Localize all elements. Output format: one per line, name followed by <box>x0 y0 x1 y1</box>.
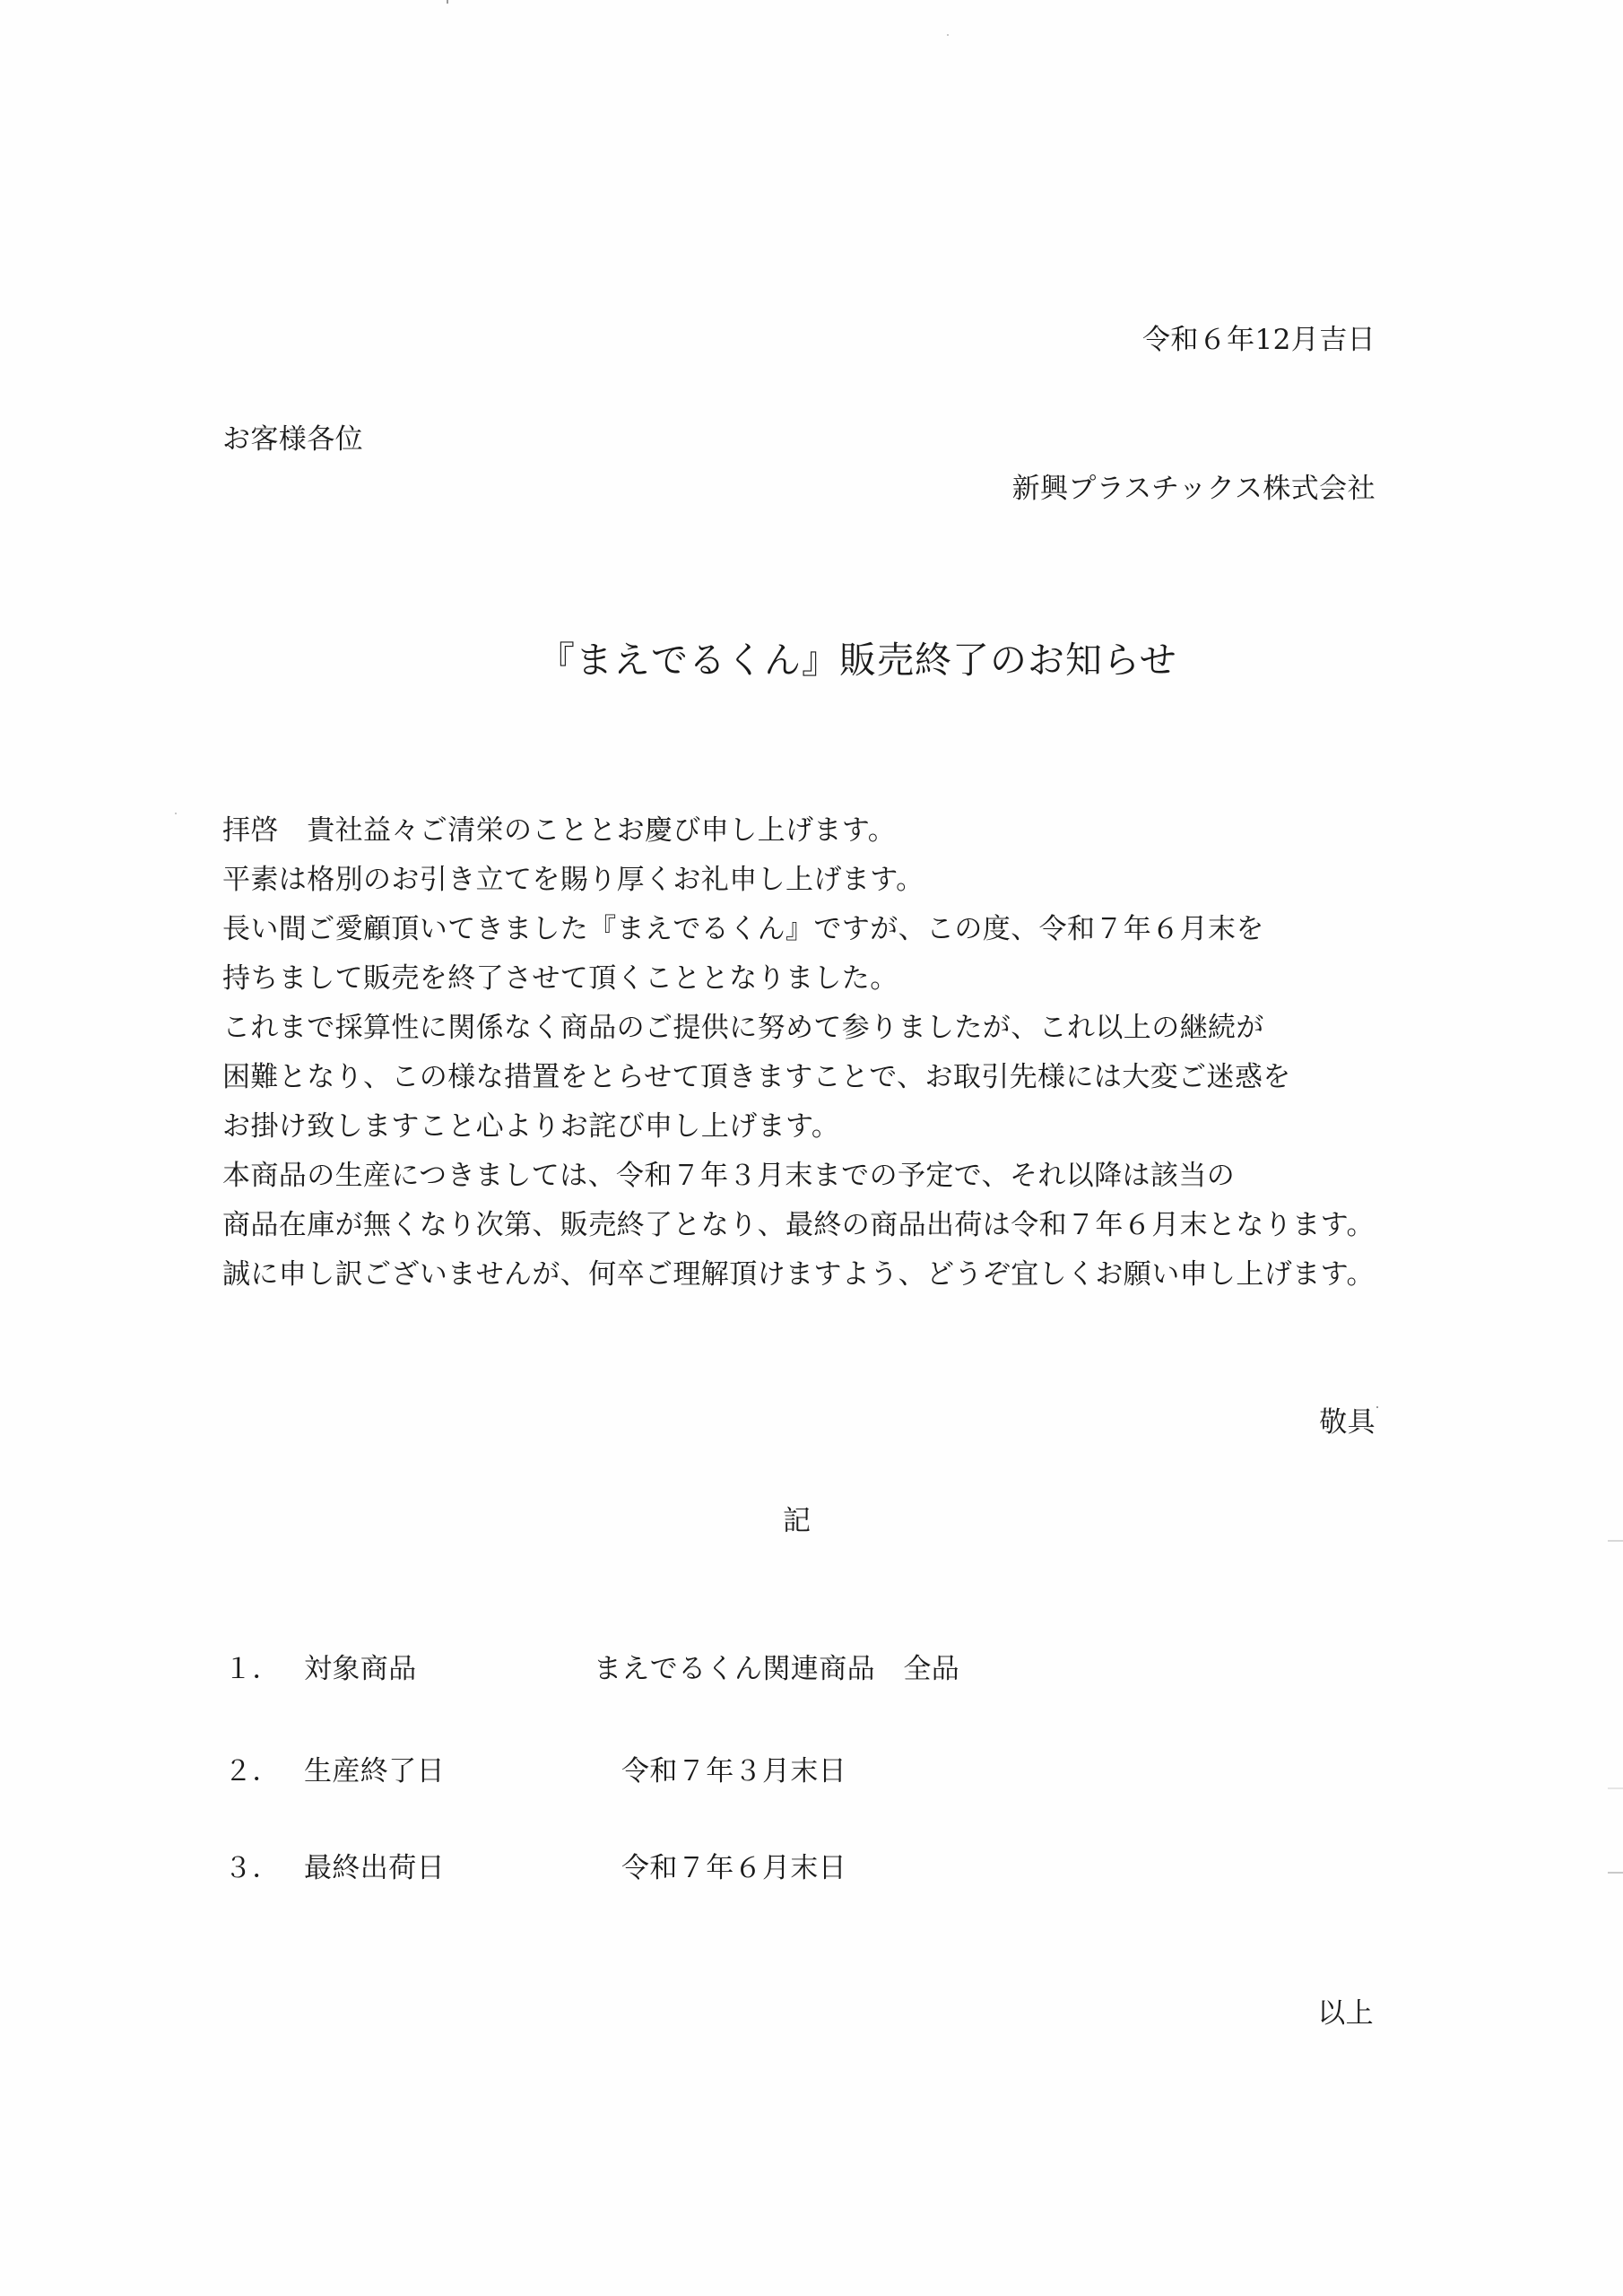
letter-date: 令和６年12月吉日 <box>1142 325 1376 355</box>
closing-keigu: 敬具 <box>1319 1407 1376 1438</box>
sender-company: 新興プラスチックス株式会社 <box>1012 474 1376 504</box>
item-number: ３． <box>224 1853 281 1883</box>
body-line: 困難となり、この様な措置をとらせて頂きますことで、お取引先様には大変ご迷惑を <box>222 1062 1291 1092</box>
item-value: 令和７年６月末日 <box>621 1853 846 1883</box>
scan-speck <box>447 0 448 4</box>
scan-speck <box>1376 1406 1378 1408</box>
body-line: 持ちまして販売を終了させて頂くこととなりました。 <box>222 963 898 994</box>
body-line: これまで採算性に関係なく商品のご提供に努めて参りましたが、これ以上の継続が <box>222 1013 1264 1043</box>
scan-speck <box>175 813 177 814</box>
recipient: お客様各位 <box>222 424 363 455</box>
item-label: 生産終了日 <box>304 1756 445 1787</box>
item-label: 対象商品 <box>304 1654 417 1684</box>
body-line: 誠に申し訳ございませんが、何卒ご理解頂けますよう、どうぞ宜しくお願い申し上げます… <box>222 1259 1375 1290</box>
scan-speck <box>947 34 949 36</box>
scan-edge-mark <box>1608 1787 1623 1789</box>
item-value: まえでるくん関連商品 全品 <box>594 1654 959 1684</box>
body-line: お掛け致しますこと心よりお詫び申し上げます。 <box>222 1111 839 1142</box>
body-line: 平素は格別のお引き立てを賜り厚くお礼申し上げます。 <box>222 865 924 895</box>
document-title: 『まえでるくん』販売終了のお知らせ <box>538 640 1177 680</box>
letter-page: 令和６年12月吉日 お客様各位 新興プラスチックス株式会社 『まえでるくん』販売… <box>0 0 1623 2296</box>
body-line: 拝啓 貴社益々ご清栄のこととお慶び申し上げます。 <box>222 815 896 846</box>
body-line: 本商品の生産につきましては、令和７年３月末までの予定で、それ以降は該当の <box>222 1161 1235 1191</box>
item-number: １． <box>224 1654 281 1684</box>
scan-edge-mark <box>1608 1872 1623 1874</box>
item-label: 最終出荷日 <box>304 1853 445 1883</box>
end-mark: 以上 <box>1317 1998 1374 2029</box>
ki-heading: 記 <box>783 1506 811 1536</box>
item-value: 令和７年３月末日 <box>621 1756 846 1787</box>
item-number: ２． <box>224 1756 281 1787</box>
body-line: 商品在庫が無くなり次第、販売終了となり、最終の商品出荷は令和７年６月末となります… <box>222 1210 1375 1240</box>
scan-edge-mark <box>1608 1540 1623 1542</box>
body-line: 長い間ご愛顧頂いてきました『まえでるくん』ですが、この度、令和７年６月末を <box>222 914 1264 944</box>
